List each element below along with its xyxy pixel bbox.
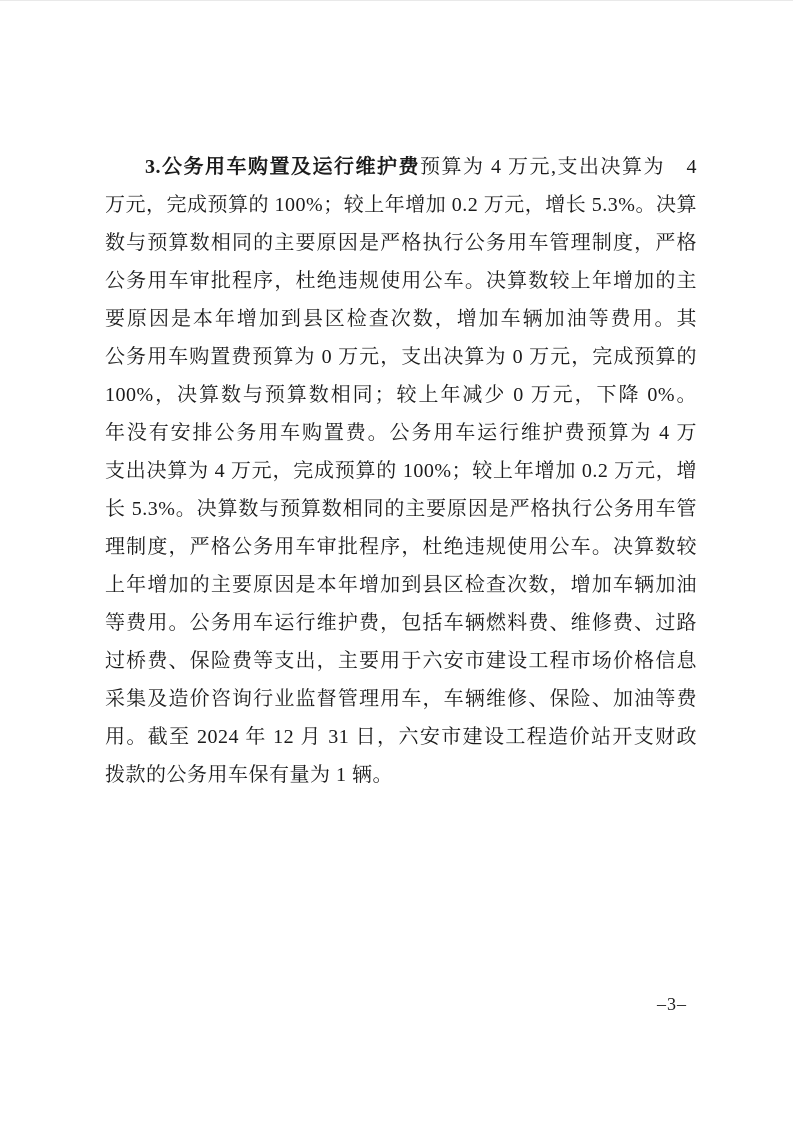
paragraph-line: 公务用车审批程序，杜绝违规使用公车。决算数较上年增加的主 [105, 262, 697, 300]
paragraph-line: 要原因是本年增加到县区检查次数，增加车辆加油等费用。其中， [105, 300, 697, 338]
paragraph-last-line: 拨款的公务用车保有量为 1 辆。 [105, 756, 697, 794]
paragraph-line: 数与预算数相同的主要原因是严格执行公务用车管理制度，严格 [105, 224, 697, 262]
paragraph-line: 过桥费、保险费等支出，主要用于六安市建设工程市场价格信息 [105, 642, 697, 680]
paragraph-line: 用。截至 2024 年 12 月 31 日，六安市建设工程造价站开支财政 [105, 718, 697, 756]
section-heading: 3.公务用车购置及运行维护费 [145, 156, 420, 178]
paragraph-line: 100%，决算数与预算数相同；较上年减少 0 万元，下降 0%。2024 [105, 376, 697, 414]
page-number: –3– [657, 992, 687, 1016]
paragraph-line: 上年增加的主要原因是本年增加到县区检查次数，增加车辆加油 [105, 566, 697, 604]
paragraph-line: 支出决算为 4 万元，完成预算的 100%；较上年增加 0.2 万元，增 [105, 452, 697, 490]
paragraph-line: 采集及造价咨询行业监督管理用车，车辆维修、保险、加油等费 [105, 680, 697, 718]
paragraph-line: 等费用。公务用车运行维护费，包括车辆燃料费、维修费、过路 [105, 604, 697, 642]
paragraph-line: 理制度，严格公务用车审批程序，杜绝违规使用公车。决算数较 [105, 528, 697, 566]
paragraph-line: 年没有安排公务用车购置费。公务用车运行维护费预算为 4 万元， [105, 414, 697, 452]
section-heading-continuation: 预算为 4 万元,支出决算为 4 [420, 156, 697, 178]
document-page: 3.公务用车购置及运行维护费预算为 4 万元,支出决算为 4 万元，完成预算的 … [0, 0, 793, 1122]
paragraph-line: 万元，完成预算的 100%；较上年增加 0.2 万元，增长 5.3%。决算 [105, 186, 697, 224]
paragraph-line: 公务用车购置费预算为 0 万元，支出决算为 0 万元，完成预算的 [105, 338, 697, 376]
body-text: 3.公务用车购置及运行维护费预算为 4 万元,支出决算为 4 万元，完成预算的 … [105, 148, 697, 794]
scan-edge-line [0, 0, 793, 1]
paragraph-line: 长 5.3%。决算数与预算数相同的主要原因是严格执行公务用车管 [105, 490, 697, 528]
paragraph-first-line: 3.公务用车购置及运行维护费预算为 4 万元,支出决算为 4 [105, 148, 697, 186]
